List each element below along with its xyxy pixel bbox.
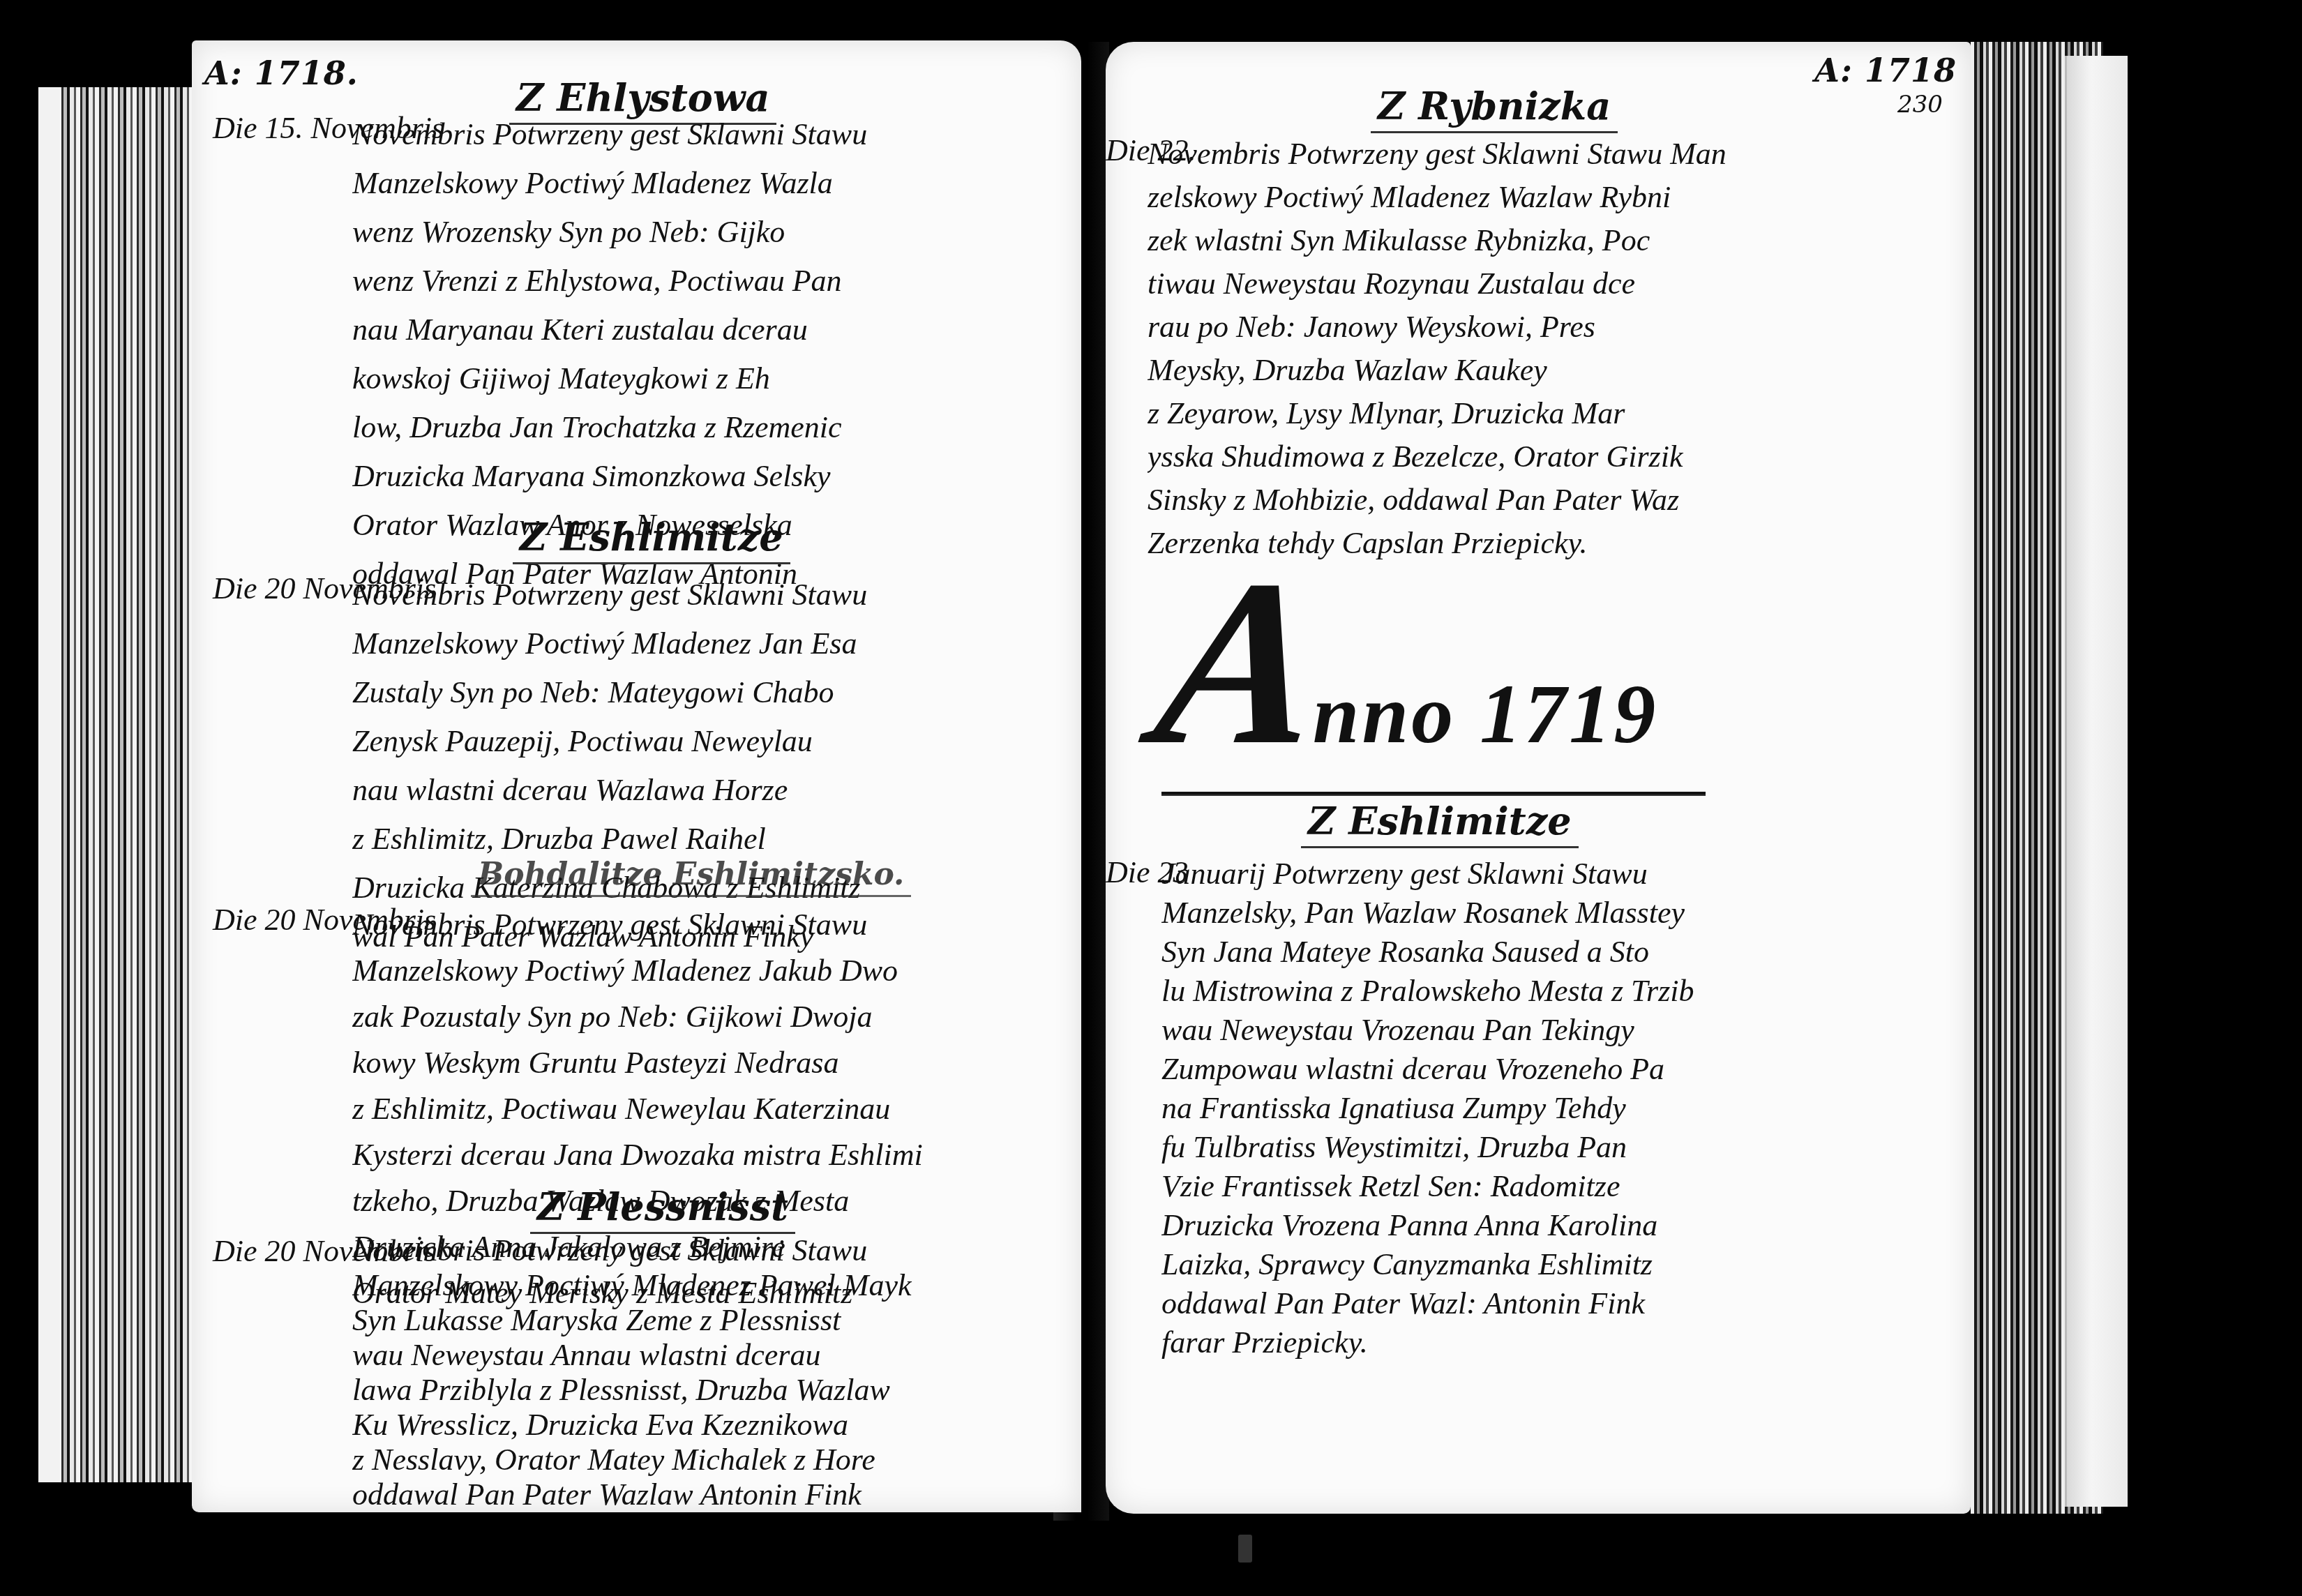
right-endpaper (2065, 56, 2128, 1507)
entry-line: oddawal Pan Pater Wazlaw Antonin Fink (352, 1477, 1071, 1512)
year-heading-initial: A (1145, 544, 1337, 781)
entry-line: Druzicka Maryana Simonzkowa Selsky (352, 452, 1071, 501)
entry-line: oddawal Pan Pater Wazl: Antonin Fink (1161, 1284, 1936, 1323)
entry-line: lawa Prziblyla z Plessnisst, Druzba Wazl… (352, 1373, 1071, 1408)
entry-line: kowskoj Gijiwoj Mateygkowi z Eh (352, 354, 1071, 403)
entry-line: kowy Weskym Gruntu Pasteyzi Nedrasa (352, 1040, 1071, 1086)
left-page-edges (38, 87, 199, 1482)
year-heading-rule (1161, 792, 1706, 796)
entry-line: Zenysk Pauzepij, Poctiwau Neweylau (352, 717, 1071, 766)
entry-line: farar Prziepicky. (1161, 1323, 1936, 1362)
section-heading: Bohdalitze Eshlimitzsko. (471, 857, 911, 897)
entry-line: Zustaly Syn po Neb: Mateygowi Chabo (352, 668, 1071, 717)
section-heading: Z Eshlimitze (1301, 799, 1579, 848)
entry-line: zak Pozustaly Syn po Neb: Gijkowi Dwoja (352, 994, 1071, 1040)
section-heading: Z Eshlimitze (513, 515, 790, 564)
entry-line: rau po Neb: Janowy Weyskowi, Pres (1148, 306, 1936, 349)
right-page: A: 1718 230 Z Rybnizka Die 22. Novembris… (1106, 42, 1971, 1514)
entry-line: nau wlastni dcerau Wazlawa Horze (352, 766, 1071, 815)
entry-line: low, Druzba Jan Trochatzka z Rzemenic (352, 403, 1071, 452)
entry-line: Novembris Potwrzeny gest Sklawni Stawu (352, 110, 1071, 159)
entry-line: z Nesslavy, Orator Matey Michalek z Hore (352, 1443, 1071, 1477)
year-heading-text: nno 1719 (1313, 666, 1658, 762)
marriage-entry: Novembris Potwrzeny gest Sklawni Stawu M… (1148, 133, 1936, 565)
entry-line: Novembris Potwrzeny gest Sklawni Stawu (352, 1233, 1071, 1268)
entry-line: Syn Lukasse Maryska Zeme z Plessnisst (352, 1303, 1071, 1338)
left-folio-year: A: 1718. (204, 54, 359, 92)
entry-line: tiwau Neweystau Rozynau Zustalau dce (1148, 262, 1936, 306)
entry-line: Manzelskowy Poctiwý Mladenez Wazla (352, 159, 1071, 208)
year-heading: Anno 1719 (1161, 544, 1658, 781)
entry-line: Novembris Potwrzeny gest Sklawni Stawu M… (1148, 133, 1936, 176)
archive-stamp-mark (1238, 1535, 1252, 1563)
left-page: A: 1718. Z Ehlystowa Die 15. Novembris N… (192, 40, 1081, 1512)
entry-line: Novembris Potwrzeny gest Sklawni Stawu (352, 902, 1071, 948)
marriage-entry: Novembris Potwrzeny gest Sklawni Stawu M… (352, 1233, 1071, 1512)
entry-line: z Zeyarow, Lysy Mlynar, Druzicka Mar (1148, 392, 1936, 435)
section-heading: Z Rybnizka (1371, 84, 1618, 133)
entry-line: Druzicka Vrozena Panna Anna Karolina (1161, 1206, 1936, 1245)
entry-line: Syn Jana Mateye Rosanka Saused a Sto (1161, 933, 1936, 972)
page-number: 230 (1897, 91, 1943, 119)
entry-line: Manzelskowy Poctiwý Mladenez Jan Esa (352, 619, 1071, 668)
entry-line: Kysterzi dcerau Jana Dwozaka mistra Eshl… (352, 1132, 1071, 1178)
entry-line: Meysky, Druzba Wazlaw Kaukey (1148, 349, 1936, 392)
entry-line: wenz Wrozensky Syn po Neb: Gijko (352, 208, 1071, 257)
entry-line: na Frantisska Ignatiusa Zumpy Tehdy (1161, 1089, 1936, 1128)
entry-line: fu Tulbratiss Weystimitzi, Druzba Pan (1161, 1128, 1936, 1167)
section-heading: Z Plessnisst (530, 1184, 795, 1234)
entry-line: Sinsky z Mohbizie, oddawal Pan Pater Waz (1148, 479, 1936, 522)
entry-line: Zumpowau wlastni dcerau Vrozeneho Pa (1161, 1050, 1936, 1089)
entry-line: zek wlastni Syn Mikulasse Rybnizka, Poc (1148, 219, 1936, 262)
entry-line: Januarij Potwrzeny gest Sklawni Stawu (1161, 855, 1936, 894)
entry-line: lu Mistrowina z Pralowskeho Mesta z Trzi… (1161, 972, 1936, 1011)
entry-line: wau Neweystau Annau wlastni dcerau (352, 1338, 1071, 1373)
entry-line: wau Neweystau Vrozenau Pan Tekingy (1161, 1011, 1936, 1050)
book-spread: A: 1718. Z Ehlystowa Die 15. Novembris N… (0, 0, 2302, 1596)
entry-line: Manzelsky, Pan Wazlaw Rosanek Mlasstey (1161, 894, 1936, 933)
right-folio-year: A: 1718 (1814, 52, 1957, 89)
entry-line: nau Maryanau Kteri zustalau dcerau (352, 306, 1071, 354)
entry-line: ysska Shudimowa z Bezelcze, Orator Girzi… (1148, 435, 1936, 479)
entry-line: zelskowy Poctiwý Mladenez Wazlaw Rybni (1148, 176, 1936, 219)
entry-line: Novembris Potwrzeny gest Sklawni Stawu (352, 571, 1071, 619)
entry-line: Manzelskowy Poctiwý Mladenez Jakub Dwo (352, 948, 1071, 994)
entry-line: Vzie Frantissek Retzl Sen: Radomitze (1161, 1167, 1936, 1206)
entry-line: Manzelskowy Poctiwý Mladenez Pawel Mayk (352, 1268, 1071, 1303)
entry-line: wenz Vrenzi z Ehlystowa, Poctiwau Pan (352, 257, 1071, 306)
marriage-entry: Januarij Potwrzeny gest Sklawni Stawu Ma… (1161, 855, 1936, 1362)
entry-line: z Eshlimitz, Poctiwau Neweylau Katerzina… (352, 1086, 1071, 1132)
entry-line: Ku Wresslicz, Druzicka Eva Kzeznikowa (352, 1408, 1071, 1443)
entry-line: Laizka, Sprawcy Canyzmanka Eshlimitz (1161, 1245, 1936, 1284)
